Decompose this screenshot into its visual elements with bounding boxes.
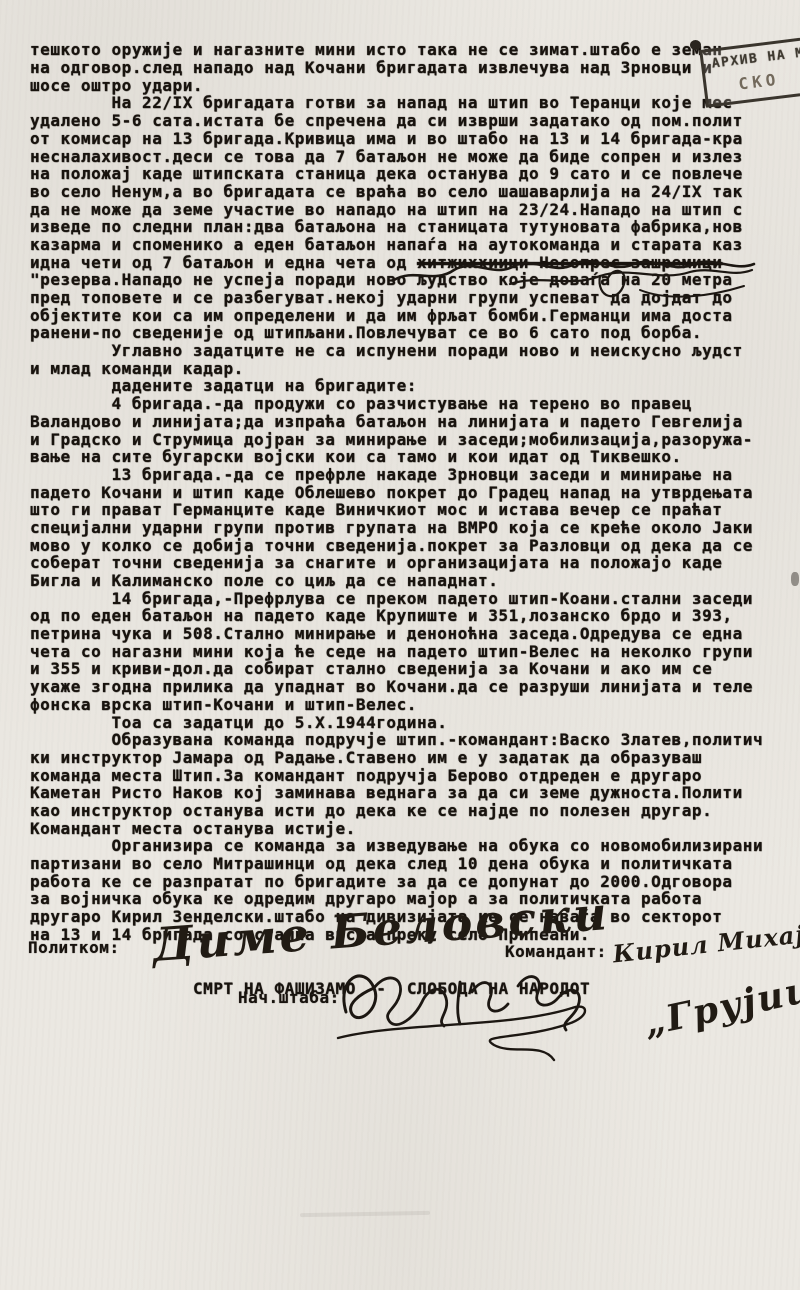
document-line: Углавно задатците не са испунени поради … [30,342,763,360]
document-lines: тешкото оружије и нагазните мини исто та… [30,41,763,943]
document-line: "резерва.Нападо не успеја поради ново љу… [30,271,763,289]
document-line: от комисар на 13 бригада.Кривица има и в… [30,130,763,148]
document-line: специјални ударни групи против групата н… [30,519,763,537]
document-line: мово у колко се добија точни сведенија.п… [30,537,763,555]
document-line: петрина чука и 508.Стално минирање и ден… [30,625,763,643]
ink-smudge [791,572,799,586]
document-line: падето Кочани и штип каде Облешево покре… [30,484,763,502]
faint-smudge [300,1211,430,1217]
komandant-label: Командант: [505,942,607,961]
document-line: Тоа са задатци до 5.X.1944година. [30,714,763,732]
document-line: ки инструктор Јамара од Радање.Ставено и… [30,749,763,767]
document-line: што ги прават Германците каде Виничкиот … [30,501,763,519]
document-line: Образувана команда подручје штип.-команд… [30,731,763,749]
ink-blot [690,40,701,50]
scanned-document-page: тешкото оружије и нагазните мини исто та… [0,0,800,1290]
archive-stamp-text: АРХИВ НА М [711,45,800,71]
document-line: од по еден батаљон на падето каде Крупиш… [30,607,763,625]
document-line: На 22/IX бригадата готви за напад на шти… [30,94,763,112]
document-line: као инструктор останува исти до дека ке … [30,802,763,820]
document-line: удалено 5-6 сата.истата бе спречена да с… [30,112,763,130]
document-line: казарма и споменико а еден батаљон напаѓ… [30,236,763,254]
document-body: тешкото оружије и нагазните мини исто та… [30,6,763,1033]
document-line: и млад команди кадар. [30,360,763,378]
document-line: на одговор.след нападо над Кочани бригад… [30,59,763,77]
document-line: на положај каде штипската станица дека о… [30,165,763,183]
document-line: несналахивост.деси се това да 7 батаљон … [30,148,763,166]
document-line: да не може да земе участие во нападо на … [30,201,763,219]
document-line: во село Ненум,а во бригадата се враћа во… [30,183,763,201]
document-line: Каметан Ристо Наков кој заминава веднага… [30,784,763,802]
nachshtaba-label: Нач.штаба: [238,988,340,1007]
document-line: работа ке се разпратат по бригадите за д… [30,873,763,891]
document-line: и 355 и криви-дол.да собират стално свед… [30,660,763,678]
document-line: чета со нагазни мини која ће седе на пад… [30,643,763,661]
archive-stamp-text-2: СКО [737,70,780,94]
document-line: Валандово и линијата;да изпраћа батаљон … [30,413,763,431]
document-line: дадените задатци на бригадите: [30,377,763,395]
document-line: вање на сите бугарски војски кои са тамо… [30,448,763,466]
document-line: ранени-по сведеније од штипљани.Повлечув… [30,324,763,342]
document-line: команда места Штип.За командант подручја… [30,767,763,785]
document-line: фонска врска штип-Кочани и штип-Велес. [30,696,763,714]
document-line: партизани во село Митрашинци од дека сле… [30,855,763,873]
document-line: соберат точни сведенија за снагите и орг… [30,554,763,572]
document-line: Бигла и Калиманско поле со циљ да се нап… [30,572,763,590]
politkom-label: Политком: [28,938,120,957]
struck-out-text: хитжихxиици Несопрес зашремици [417,253,722,272]
document-line: тешкото оружије и нагазните мини исто та… [30,41,763,59]
document-line: идна чети од 7 батаљон и една чета од хи… [30,254,763,272]
document-line: Командант места останува истије. [30,820,763,838]
document-line: шосе оштро удари. [30,77,763,95]
document-line: укаже згодна прилика да упаднат во Кочан… [30,678,763,696]
document-line: 4 бригада.-да продужи со разчистување на… [30,395,763,413]
slogan-line: СМРТ НА ФАШИЗАМО - СЛОБОДА НА НАРОДОТ [30,980,763,998]
document-line: Организира се команда за изведување на о… [30,837,763,855]
document-line: изведе по следни план:два батаљона на ст… [30,218,763,236]
document-line: објектите кои са им определени и да им ф… [30,307,763,325]
document-line: 14 бригада,-Префрлува се преком падето ш… [30,590,763,608]
document-line: и Градско и Струмица дојран за минирање … [30,431,763,449]
document-line: 13 бригада.-да се префрле накаде Зрновци… [30,466,763,484]
document-line: пред топовете и се разбегуват.некој удар… [30,289,763,307]
